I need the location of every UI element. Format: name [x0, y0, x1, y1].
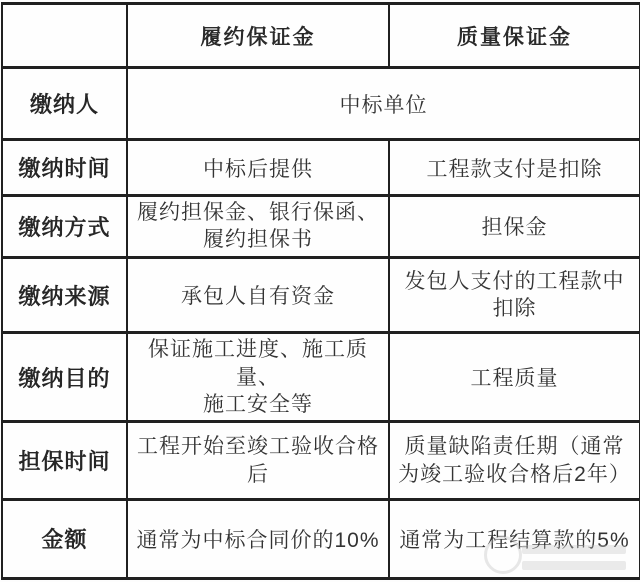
- cell-payment-purpose-performance: 保证施工进度、施工质量、 施工安全等: [127, 333, 389, 422]
- cell-payment-method-performance: 履约担保金、银行保函、 履约担保书: [127, 195, 389, 257]
- cell-payment-time-performance: 中标后提供: [127, 140, 389, 195]
- cell-payment-time-quality: 工程款支付是扣除: [389, 140, 640, 195]
- column-header-quality-bond: 质量保证金: [389, 4, 640, 68]
- table-row-payment-source: 缴纳来源 承包人自有资金 发包人支付的工程款中 扣除: [2, 257, 640, 332]
- cell-amount-performance: 通常为中标合同价的10%: [127, 499, 389, 578]
- table-row-payment-time: 缴纳时间 中标后提供 工程款支付是扣除: [2, 140, 640, 195]
- table-row-payer: 缴纳人 中标单位: [2, 68, 640, 140]
- corner-cell: [2, 4, 127, 68]
- table-row-amount: 金额 通常为中标合同价的10% 通常为工程结算款的5%: [2, 499, 640, 578]
- comparison-table-page: 履约保证金 质量保证金 缴纳人 中标单位 缴纳时间 中标后提供 工程款支付是扣除…: [0, 0, 640, 582]
- row-label-guarantee-period: 担保时间: [2, 422, 127, 499]
- table-row-payment-method: 缴纳方式 履约担保金、银行保函、 履约担保书 担保金: [2, 195, 640, 257]
- cell-payment-source-quality: 发包人支付的工程款中 扣除: [389, 257, 640, 332]
- row-label-payment-purpose: 缴纳目的: [2, 333, 127, 422]
- bond-comparison-table: 履约保证金 质量保证金 缴纳人 中标单位 缴纳时间 中标后提供 工程款支付是扣除…: [1, 2, 640, 580]
- column-header-performance-bond: 履约保证金: [127, 4, 389, 68]
- cell-guarantee-period-performance: 工程开始至竣工验收合格 后: [127, 422, 389, 499]
- header-row: 履约保证金 质量保证金: [2, 4, 640, 68]
- cell-payment-method-quality: 担保金: [389, 195, 640, 257]
- table-row-payment-purpose: 缴纳目的 保证施工进度、施工质量、 施工安全等 工程质量: [2, 333, 640, 422]
- cell-payment-source-performance: 承包人自有资金: [127, 257, 389, 332]
- cell-amount-quality: 通常为工程结算款的5%: [389, 499, 640, 578]
- cell-guarantee-period-quality: 质量缺陷责任期（通常 为竣工验收合格后2年）: [389, 422, 640, 499]
- row-label-amount: 金额: [2, 499, 127, 578]
- row-label-payer: 缴纳人: [2, 68, 127, 140]
- row-label-payment-source: 缴纳来源: [2, 257, 127, 332]
- row-label-payment-time: 缴纳时间: [2, 140, 127, 195]
- cell-payment-purpose-quality: 工程质量: [389, 333, 640, 422]
- table-row-guarantee-period: 担保时间 工程开始至竣工验收合格 后 质量缺陷责任期（通常 为竣工验收合格后2年…: [2, 422, 640, 499]
- cell-payer-merged: 中标单位: [127, 68, 640, 140]
- row-label-payment-method: 缴纳方式: [2, 195, 127, 257]
